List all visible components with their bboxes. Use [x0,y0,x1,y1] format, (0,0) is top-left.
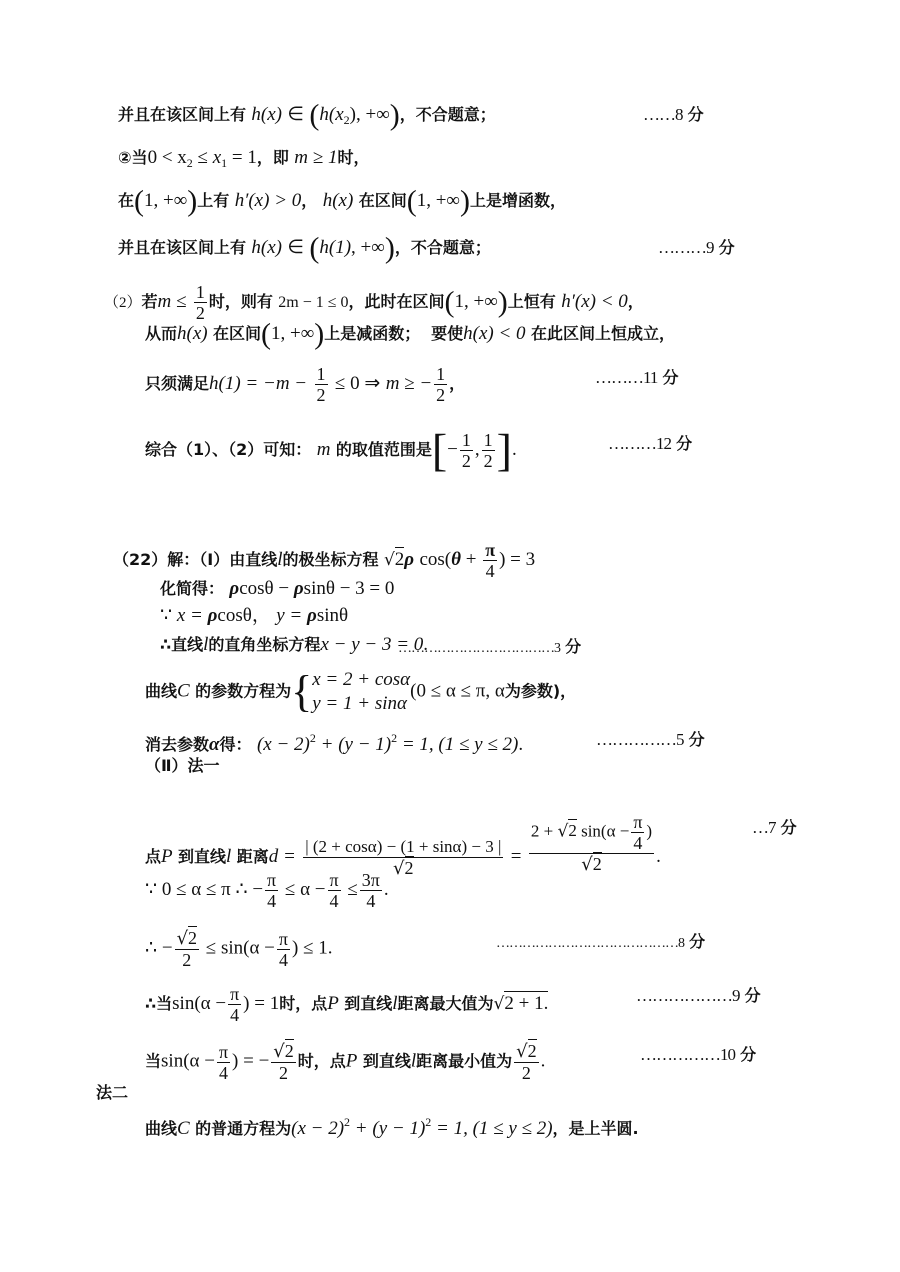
score-8b: ……………………………………8 分 [496,930,705,956]
line-8: 综合（1）、（2）可知： m 的取值范围是[−12,12]. [145,430,517,471]
text: ，是上半圆. [553,1119,639,1138]
text: 为参数)， [505,682,576,701]
math: h(1) = −m − [209,373,307,394]
line-6: 从而h(x) 在区间(1, +∞)上是减函数； 要使h(x) < 0 在此区间上… [145,322,675,347]
text: 到直线 [178,847,226,866]
text: 距离 [237,847,269,866]
math: m ≥ − [386,373,432,394]
text: ， [301,191,317,210]
line-17: ∵ 0 ≤ α ≤ π ∴ −π4 ≤ α −π4 ≤3π4. [145,870,389,911]
text: 的极坐标方程 [283,550,379,569]
paren: ( [309,99,319,132]
text: ， [449,374,465,393]
section-heading: （Ⅱ）法一 [145,756,220,775]
math: m ≥ 1 [294,147,337,168]
text: 距离最小值为 [416,1052,512,1071]
score-9b: ………………9 分 [636,984,761,1008]
math: h(x) < 0 [463,323,525,344]
line-19: ∴当sin(α −π4) = 1时，点P 到直线l距离最大值为√2 + 1. [145,984,548,1025]
math: m ≤ [158,291,187,312]
score-unit: 分 [781,818,797,837]
score-11: ………11 分 [595,366,678,390]
score-value: ……8 [643,105,683,124]
line-11: ∵ x = ρcosθ， y = ρsinθ [160,604,348,628]
math: h′(x) < 0 [561,291,628,312]
math: ∈ [287,237,304,258]
math: 1, +∞ [271,323,314,344]
math: , +∞ [351,237,385,258]
text: 的参数方程为 [195,682,291,701]
fraction: 12 [315,364,328,405]
score-unit: 分 [719,238,735,257]
math: 0 < x [148,147,187,168]
text: ∴直线 [160,635,203,654]
math: h(1) [319,237,351,258]
line-3: 在(1, +∞)上有 h′(x) > 0， h(x) 在区间(1, +∞)上是增… [118,189,566,214]
line-4: 并且在该区间上有 h(x) ∈ (h(1), +∞)，不合题意； [118,236,491,261]
score-unit: 分 [662,368,678,387]
text: 当 [145,1052,161,1071]
math: h(x) [177,323,208,344]
text: 要使 [431,324,463,343]
equation-system: x = 2 + cosαy = 1 + sinα [312,668,410,716]
line-14: 消去参数α得： (x − 2)2 + (y − 1)2 = 1, (1 ≤ y … [145,726,523,757]
text: 时，点 [279,994,327,1013]
score-9: ………9 分 [658,236,735,260]
fraction: √22 [514,1041,538,1083]
fraction: π4 [228,984,241,1025]
text: 上有 [197,191,229,210]
fraction: 3π4 [360,870,382,911]
text: 若 [142,292,158,311]
text: 上恒有 [508,292,556,311]
score-5: ……………5 分 [596,728,705,752]
text: 曲线 [145,682,177,701]
paren: ) [390,99,400,132]
line-7: 只须满足h(1) = −m − 12 ≤ 0 ⇒ m ≥ −12， [145,364,465,405]
text: 综合（1）、（2）可知： [145,440,311,459]
score-unit: 分 [689,932,705,951]
math: = 1 [227,147,257,168]
score-value: ………11 [595,368,657,387]
text: ∴当 [145,994,172,1013]
text: 的普通方程为 [195,1119,291,1138]
score-unit: 分 [676,434,692,453]
score-unit: 分 [745,986,761,1005]
score-unit: 分 [565,637,581,656]
score-unit: 分 [689,730,705,749]
text: 到直线 [344,994,392,1013]
math: 1, +∞ [144,190,187,211]
score-value: ……………5 [596,730,684,749]
text: （2） [104,295,142,311]
math: x [213,147,221,168]
fraction: 2 + √2 sin(α −π4)√2 [529,812,654,875]
fraction: π4 [483,540,497,581]
text: 距离最大值为 [398,994,494,1013]
line-16: 点P 到直线l 距离d = | (2 + cosα) − (1 + sinα) … [145,812,661,879]
line-1: 并且在该区间上有 h(x) ∈ (h(x2), +∞)，不合题意； [118,103,496,132]
math: ∈ [287,104,304,125]
line-9-q22: （22）解：（Ⅰ）由直线l的极坐标方程 √2ρ cos(θ + π4) = 3 [113,540,535,581]
fraction: 12 [460,430,473,471]
text: 化简得： [160,579,224,598]
line-5: （2）若m ≤ 12时，则有 2m − 1 ≤ 0，此时在区间(1, +∞)上恒… [104,282,644,323]
score-value: ………………………………3 [398,641,560,656]
text: 的直角坐标方程 [208,635,320,654]
line-2: ②当0 < x2 ≤ x1 = 1，即 m ≥ 1时， [118,146,369,175]
text: 点 [145,847,161,866]
text: 时， [337,148,369,167]
text: ，即 [257,148,289,167]
math: h(x) [251,104,282,125]
text: 从而 [145,324,177,343]
text: 在区间 [359,191,407,210]
math: h(x) [323,190,354,211]
text: 在区间 [213,324,261,343]
math: ≤ [193,147,213,168]
math: 1, +∞ [417,190,460,211]
text: 上是减函数； [324,324,420,343]
fraction: π4 [217,1042,230,1083]
text: 消去参数 [145,735,209,754]
math: h(x) [251,237,282,258]
math: 1, +∞ [455,291,498,312]
fraction: 12 [194,282,207,323]
score-value: ………12 [608,434,671,453]
score-7: …7 分 [752,816,797,840]
text: 上是增函数， [470,191,566,210]
line-12: ∴直线l的直角坐标方程x − y − 3 = 0. [160,633,428,657]
text: 的取值范围是 [336,440,432,459]
score-value: …7 [752,818,776,837]
math: h′(x) > 0 [235,190,302,211]
score-value: ………………9 [636,986,740,1005]
text: 在此区间上恒成立， [531,324,675,343]
text: ，不合题意； [395,238,491,257]
text: 只须满足 [145,374,209,393]
score-value: ……………10 [640,1045,735,1064]
line-15-method1: （Ⅱ）法一 [145,754,220,778]
fraction: √22 [271,1041,295,1083]
text: 时，点 [298,1052,346,1071]
score-8: ……8 分 [643,103,704,127]
text: ，此时在区间 [349,292,445,311]
math: 2m − 1 ≤ 0 [278,294,348,311]
score-10: ……………10 分 [640,1043,756,1067]
text: ，不合题意； [400,105,496,124]
section-heading: 法二 [96,1083,128,1102]
text: ②当 [118,148,148,167]
score-value: ………9 [658,238,714,257]
score-3: ………………………………3 分 [398,635,581,661]
fraction: π4 [265,870,278,911]
text: 到直线 [363,1052,411,1071]
line-13: 曲线C 的参数方程为{x = 2 + cosαy = 1 + sinα(0 ≤ … [145,668,576,716]
math: ≤ 0 ⇒ [335,373,380,394]
text: 并且在该区间上有 [118,105,246,124]
math: h(x [319,104,343,125]
text: 并且在该区间上有 [118,238,246,257]
score-unit: 分 [740,1045,756,1064]
fraction: 12 [482,430,495,471]
fraction: √22 [175,928,199,970]
fraction: π4 [277,929,290,970]
math: , +∞ [356,104,390,125]
line-18: ∴ −√22 ≤ sin(α −π4) ≤ 1. [145,928,333,970]
math: m [317,439,331,460]
text: 时，则有 [209,292,273,311]
line-21-method2: 法二 [96,1081,128,1105]
score-12: ………12 分 [608,432,692,456]
question-heading: （22）解：（Ⅰ）由直线 [113,550,277,569]
text: 曲线 [145,1119,177,1138]
score-unit: 分 [688,105,704,124]
text: ， [628,292,644,311]
fraction: 12 [434,364,447,405]
text: 得： [220,735,252,754]
line-20: 当sin(α −π4) = −√22时，点P 到直线l距离最小值为√22. [145,1041,545,1083]
line-10: 化简得： ρcosθ − ρsinθ − 3 = 0 [160,577,394,601]
text: 在 [118,191,134,210]
fraction: π4 [328,870,341,911]
score-value: ……………………………………8 [496,936,684,951]
line-22: 曲线C 的普通方程为(x − 2)2 + (y − 1)2 = 1, (1 ≤ … [145,1110,639,1141]
